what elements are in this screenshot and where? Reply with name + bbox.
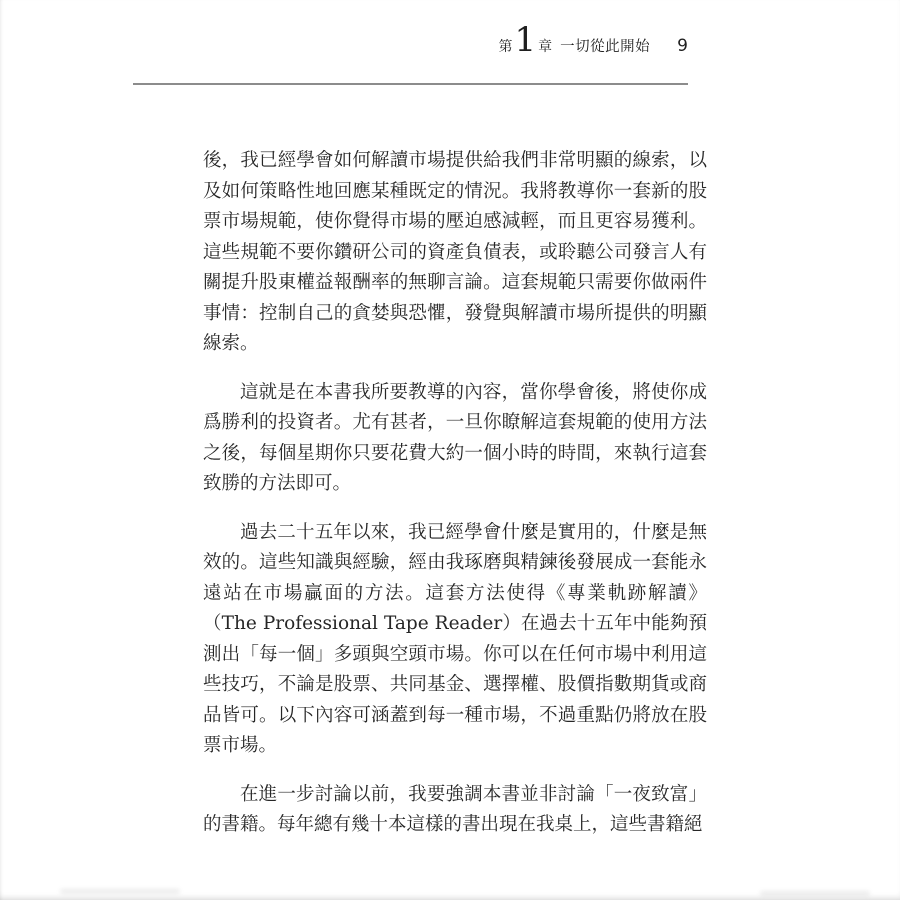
book-page: 第 1 章 一切從此開始 9 後，我已經學會如何解讀市場提供給我們非常明顯的線索…	[0, 0, 900, 900]
chapter-suffix: 章	[538, 7, 552, 87]
running-head: 第 1 章 一切從此開始 9	[499, 0, 688, 80]
paragraph-4: 在進一步討論以前，我要強調本書並非討論「一夜致富」的書籍。每年總有幾十本這樣的書…	[203, 780, 707, 841]
scan-smudge	[760, 891, 870, 896]
chapter-title: 一切從此開始	[560, 7, 650, 87]
chapter-label: 第 1 章	[499, 0, 553, 87]
paragraph-3: 過去二十五年以來，我已經學會什麼是實用的，什麼是無效的。這些知識與經驗，經由我琢…	[203, 518, 707, 762]
scan-smudge	[60, 889, 180, 894]
page-body: 後，我已經學會如何解讀市場提供給我們非常明顯的線索，以及如何策略性地回應某種既定…	[203, 146, 707, 859]
paragraph-1: 後，我已經學會如何解讀市場提供給我們非常明顯的線索，以及如何策略性地回應某種既定…	[203, 146, 707, 360]
chapter-prefix: 第	[499, 7, 513, 87]
page-number: 9	[677, 6, 688, 86]
header-rule	[133, 83, 688, 85]
paragraph-2: 這就是在本書我所要教導的內容，當你學會後，將使你成爲勝利的投資者。尤有甚者，一旦…	[203, 378, 707, 500]
chapter-number: 1	[515, 0, 537, 80]
